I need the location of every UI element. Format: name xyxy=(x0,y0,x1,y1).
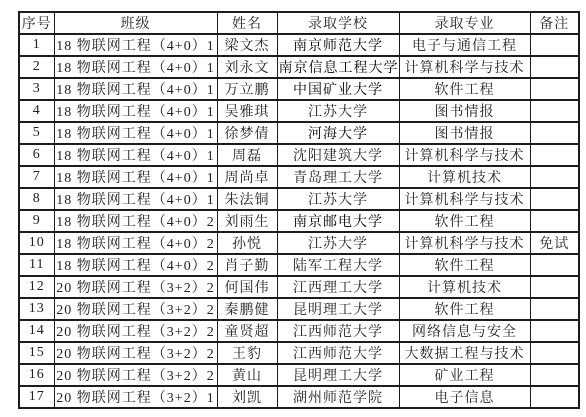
cell-note xyxy=(530,34,579,56)
cell-class: 18 物联网工程（4+0）1 xyxy=(54,166,217,188)
cell-class: 18 物联网工程（4+0）1 xyxy=(54,122,217,144)
cell-no: 5 xyxy=(19,122,54,144)
cell-school: 江西理工大学 xyxy=(277,276,399,298)
cell-class: 20 物联网工程（3+2）2 xyxy=(54,298,217,320)
cell-note xyxy=(530,386,579,408)
cell-note xyxy=(530,210,579,232)
cell-note xyxy=(530,122,579,144)
cell-major: 软件工程 xyxy=(399,254,530,276)
cell-school: 江西师范大学 xyxy=(277,342,399,364)
cell-school: 陆军工程大学 xyxy=(277,254,399,276)
table-row: 6 18 物联网工程（4+0）1 周磊 沈阳建筑大学 计算机科学与技术 xyxy=(19,144,579,166)
table-row: 17 20 物联网工程（3+2）1 刘凯 湖州师范学院 电子信息 xyxy=(19,386,579,408)
cell-school: 中国矿业大学 xyxy=(277,78,399,100)
table-row: 4 18 物联网工程（4+0）1 吴雅琪 江苏大学 图书情报 xyxy=(19,100,579,122)
cell-note xyxy=(530,188,579,210)
column-header-no: 序号 xyxy=(19,12,54,34)
table-row: 16 20 物联网工程（3+2）2 黄山 昆明理工大学 矿业工程 xyxy=(19,364,579,386)
cell-name: 童贤超 xyxy=(217,320,277,342)
cell-no: 1 xyxy=(19,34,54,56)
cell-school: 江苏大学 xyxy=(277,188,399,210)
table-row: 7 18 物联网工程（4+0）1 周尚卓 青岛理工大学 计算机技术 xyxy=(19,166,579,188)
cell-no: 10 xyxy=(19,232,54,254)
table-row: 13 20 物联网工程（3+2）2 秦鹏健 昆明理工大学 软件工程 xyxy=(19,298,579,320)
cell-name: 秦鹏健 xyxy=(217,298,277,320)
cell-note xyxy=(530,276,579,298)
cell-no: 9 xyxy=(19,210,54,232)
cell-major: 计算机科学与技术 xyxy=(399,144,530,166)
cell-major: 电子信息 xyxy=(399,386,530,408)
column-header-name: 姓名 xyxy=(217,12,277,34)
column-header-major: 录取专业 xyxy=(399,12,530,34)
cell-major: 计算机科学与技术 xyxy=(399,56,530,78)
cell-class: 18 物联网工程（4+0）2 xyxy=(54,232,217,254)
cell-school: 青岛理工大学 xyxy=(277,166,399,188)
table-row: 10 18 物联网工程（4+0）2 孙悦 江苏大学 计算机科学与技术 免试 xyxy=(19,232,579,254)
cell-note xyxy=(530,298,579,320)
cell-note xyxy=(530,144,579,166)
cell-school: 沈阳建筑大学 xyxy=(277,144,399,166)
cell-name: 徐梦倩 xyxy=(217,122,277,144)
cell-name: 刘永文 xyxy=(217,56,277,78)
cell-school: 南京邮电大学 xyxy=(277,210,399,232)
table-row: 12 20 物联网工程（3+2）2 何国伟 江西理工大学 计算机技术 xyxy=(19,276,579,298)
cell-class: 20 物联网工程（3+2）2 xyxy=(54,320,217,342)
cell-no: 7 xyxy=(19,166,54,188)
cell-no: 3 xyxy=(19,78,54,100)
cell-no: 4 xyxy=(19,100,54,122)
cell-major: 计算机科学与技术 xyxy=(399,188,530,210)
cell-class: 18 物联网工程（4+0）2 xyxy=(54,254,217,276)
cell-class: 20 物联网工程（3+2）1 xyxy=(54,386,217,408)
table-row: 5 18 物联网工程（4+0）1 徐梦倩 河海大学 图书情报 xyxy=(19,122,579,144)
cell-major: 软件工程 xyxy=(399,298,530,320)
cell-school: 江苏大学 xyxy=(277,100,399,122)
cell-name: 梁文杰 xyxy=(217,34,277,56)
cell-school: 湖州师范学院 xyxy=(277,386,399,408)
cell-class: 20 物联网工程（3+2）2 xyxy=(54,276,217,298)
cell-class: 20 物联网工程（3+2）2 xyxy=(54,364,217,386)
table-row: 15 20 物联网工程（3+2）2 王豹 江西师范大学 大数据工程与技术 xyxy=(19,342,579,364)
cell-no: 11 xyxy=(19,254,54,276)
table-row: 9 18 物联网工程（4+0）2 刘雨生 南京邮电大学 软件工程 xyxy=(19,210,579,232)
cell-class: 18 物联网工程（4+0）2 xyxy=(54,210,217,232)
cell-name: 朱法铜 xyxy=(217,188,277,210)
table-row: 14 20 物联网工程（3+2）2 童贤超 江西师范大学 网络信息与安全 xyxy=(19,320,579,342)
cell-note xyxy=(530,100,579,122)
table-row: 2 18 物联网工程（4+0）1 刘永文 南京信息工程大学 计算机科学与技术 xyxy=(19,56,579,78)
table-row: 11 18 物联网工程（4+0）2 肖子勤 陆军工程大学 软件工程 xyxy=(19,254,579,276)
cell-class: 18 物联网工程（4+0）1 xyxy=(54,188,217,210)
cell-major: 电子与通信工程 xyxy=(399,34,530,56)
cell-major: 软件工程 xyxy=(399,78,530,100)
cell-name: 何国伟 xyxy=(217,276,277,298)
column-header-class: 班级 xyxy=(54,12,217,34)
cell-major: 软件工程 xyxy=(399,210,530,232)
column-header-note: 备注 xyxy=(530,12,579,34)
cell-note xyxy=(530,78,579,100)
cell-no: 6 xyxy=(19,144,54,166)
cell-school: 江西师范大学 xyxy=(277,320,399,342)
cell-name: 肖子勤 xyxy=(217,254,277,276)
cell-no: 15 xyxy=(19,342,54,364)
header-row: 序号 班级 姓名 录取学校 录取专业 备注 xyxy=(19,12,579,34)
table-row: 3 18 物联网工程（4+0）1 万立鹏 中国矿业大学 软件工程 xyxy=(19,78,579,100)
cell-major: 大数据工程与技术 xyxy=(399,342,530,364)
cell-note xyxy=(530,166,579,188)
page: { "colors": { "background": "#ffffff", "… xyxy=(0,0,586,417)
cell-major: 矿业工程 xyxy=(399,364,530,386)
cell-name: 刘雨生 xyxy=(217,210,277,232)
cell-class: 18 物联网工程（4+0）1 xyxy=(54,34,217,56)
cell-no: 12 xyxy=(19,276,54,298)
cell-name: 周磊 xyxy=(217,144,277,166)
cell-school: 南京信息工程大学 xyxy=(277,56,399,78)
cell-class: 18 物联网工程（4+0）1 xyxy=(54,100,217,122)
cell-major: 图书情报 xyxy=(399,122,530,144)
cell-no: 8 xyxy=(19,188,54,210)
cell-name: 吴雅琪 xyxy=(217,100,277,122)
cell-name: 黄山 xyxy=(217,364,277,386)
cell-major: 计算机科学与技术 xyxy=(399,232,530,254)
cell-name: 王豹 xyxy=(217,342,277,364)
cell-school: 昆明理工大学 xyxy=(277,298,399,320)
cell-no: 17 xyxy=(19,386,54,408)
cell-class: 18 物联网工程（4+0）1 xyxy=(54,144,217,166)
table-row: 8 18 物联网工程（4+0）1 朱法铜 江苏大学 计算机科学与技术 xyxy=(19,188,579,210)
cell-name: 孙悦 xyxy=(217,232,277,254)
cell-major: 网络信息与安全 xyxy=(399,320,530,342)
cell-name: 刘凯 xyxy=(217,386,277,408)
cell-class: 18 物联网工程（4+0）1 xyxy=(54,56,217,78)
cell-school: 河海大学 xyxy=(277,122,399,144)
cell-note xyxy=(530,342,579,364)
cell-class: 20 物联网工程（3+2）2 xyxy=(54,342,217,364)
cell-note: 免试 xyxy=(530,232,579,254)
cell-no: 16 xyxy=(19,364,54,386)
table-row: 1 18 物联网工程（4+0）1 梁文杰 南京师范大学 电子与通信工程 xyxy=(19,34,579,56)
cell-note xyxy=(530,320,579,342)
cell-school: 江苏大学 xyxy=(277,232,399,254)
cell-class: 18 物联网工程（4+0）1 xyxy=(54,78,217,100)
cell-major: 图书情报 xyxy=(399,100,530,122)
cell-note xyxy=(530,254,579,276)
cell-no: 13 xyxy=(19,298,54,320)
cell-no: 14 xyxy=(19,320,54,342)
admission-table: 序号 班级 姓名 录取学校 录取专业 备注 1 18 物联网工程（4+0）1 梁… xyxy=(18,11,580,409)
cell-name: 周尚卓 xyxy=(217,166,277,188)
column-header-school: 录取学校 xyxy=(277,12,399,34)
cell-name: 万立鹏 xyxy=(217,78,277,100)
cell-no: 2 xyxy=(19,56,54,78)
cell-major: 计算机技术 xyxy=(399,166,530,188)
cell-school: 南京师范大学 xyxy=(277,34,399,56)
cell-note xyxy=(530,364,579,386)
cell-school: 昆明理工大学 xyxy=(277,364,399,386)
cell-major: 计算机技术 xyxy=(399,276,530,298)
cell-note xyxy=(530,56,579,78)
